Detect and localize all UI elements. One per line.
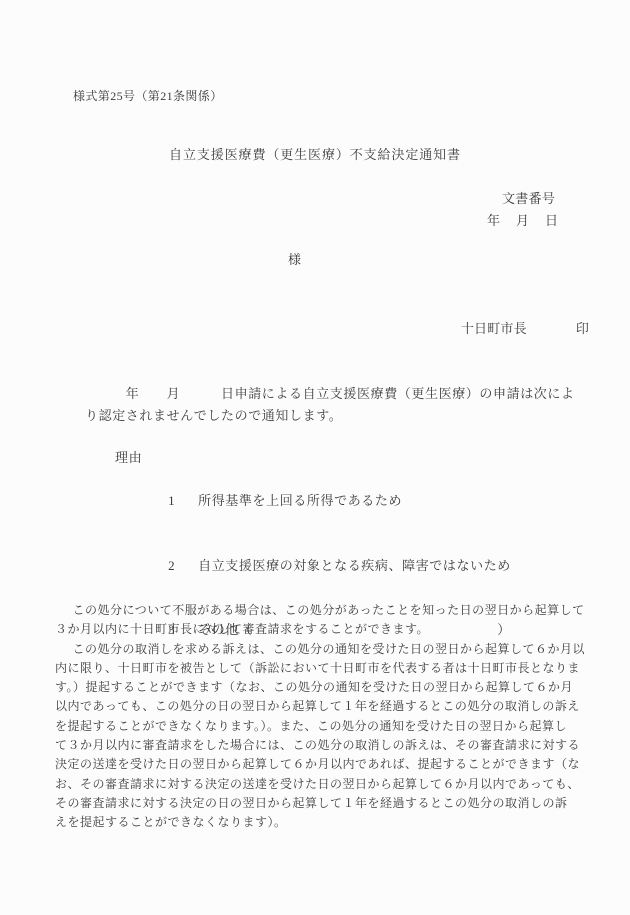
issuer-line: 十日町市長印 [447,302,589,353]
form-number-label: 様式第25号（第21条関係） [73,87,223,104]
reason-text: 自立支援医療の対象となる疾病、障害ではないため [198,558,511,573]
notification-line-1: 年 月 日申請による自立支援医療費（更生医療）の申請は次によ [85,383,575,405]
appeal-notice-line: この処分について不服がある場合は、この処分があったことを知った日の翌日から起算し… [55,601,585,620]
document-title: 自立支援医療費（更生医療）不支給決定通知書 [0,144,630,163]
reason-number: 2 [168,555,198,577]
reason-item-1: 1所得基準を上回る所得であるため [85,469,511,534]
appeal-notice-line: を提起することができなくなります。）。また、この処分の通知を受けた日の翌日から起… [55,717,585,736]
document-page: 様式第25号（第21条関係） 自立支援医療費（更生医療）不支給決定通知書 文書番… [0,0,630,915]
reason-item-2: 2自立支援医療の対象となる疾病、障害ではないため [85,533,511,598]
appeal-notice-line: お、その審査請求に対する決定の送達を受けた日の翌日から起算して６か月以内であって… [55,775,585,794]
document-number-label: 文書番号 [502,188,555,207]
issuer-name: 十日町市長 [461,321,527,336]
reason-number: 1 [168,490,198,512]
appeal-notice-line: て３か月以内に審査請求をした場合には、この処分の取消しの訴えは、その審査請求に対… [55,736,585,755]
appeal-notice-line: えを提起することができなくなります）。 [55,813,585,832]
appeal-notice-line: この処分の取消しを求める訴えは、この処分の通知を受けた日の翌日から起算して６か月… [55,640,585,659]
appeal-notice-line: 以内であっても、この処分の日の翌日から起算して１年を経過するとこの処分の取消しの… [55,697,585,716]
reason-text: 所得基準を上回る所得であるため [198,493,402,508]
appeal-notice-line: 決定の送達を受けた日の翌日から起算して６か月以内であれば、提起することができます… [55,755,585,774]
appeal-notice-line: す。）提起することができます（なお、この処分の通知を受けた日の翌日から起算して６… [55,678,585,697]
notification-line-2: り認定されませんでしたので通知します。 [85,405,575,427]
issue-date-placeholder: 年 月 日 [487,210,560,229]
notification-body: 年 月 日申請による自立支援医療費（更生医療）の申請は次によ り認定されませんで… [85,383,575,426]
appeal-notice: この処分について不服がある場合は、この処分があったことを知った日の翌日から起算し… [55,601,585,833]
appeal-notice-line: ３か月以内に十日町市長に対して審査請求をすることができます。 [55,620,585,639]
reasons-label: 理由 [85,447,511,469]
seal-mark: 印 [576,321,589,336]
appeal-notice-line: 内に限り、十日町市を被告として（訴訟において十日町市を代表する者は十日町市長とな… [55,659,585,678]
recipient-honorific: 様 [288,249,301,268]
appeal-notice-line: その審査請求に対する決定の日の翌日から起算して１年を経過するとこの処分の取消しの… [55,794,585,813]
